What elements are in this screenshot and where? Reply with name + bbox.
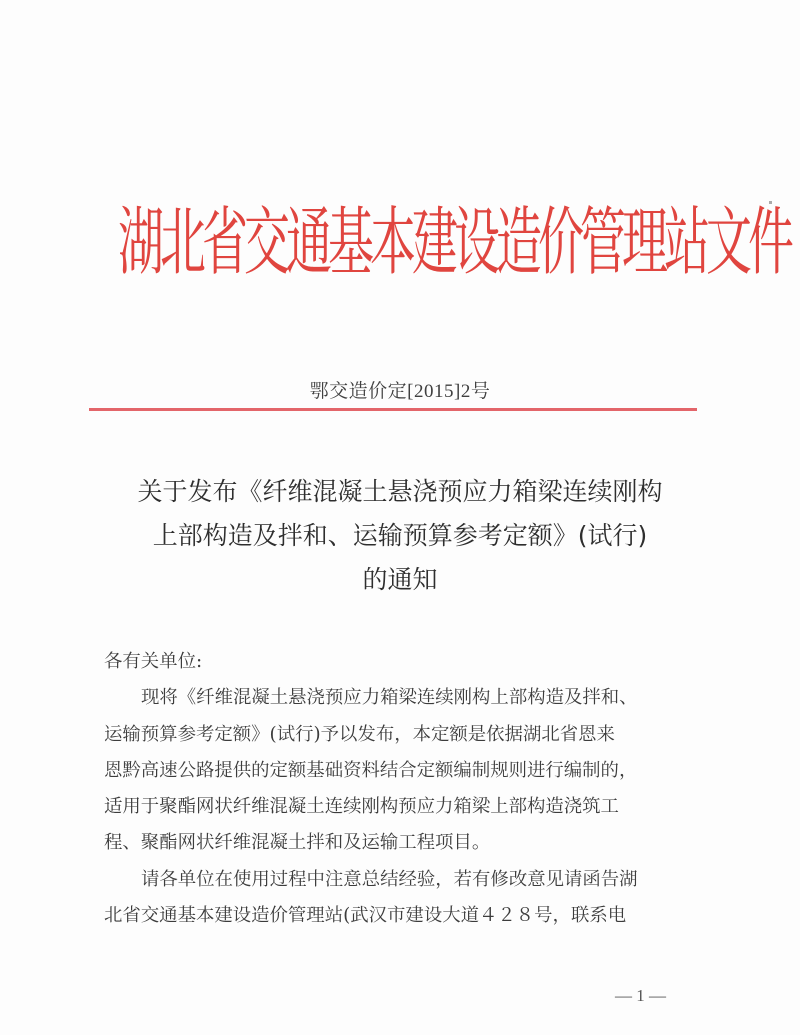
body-line-6: 请各单位在使用过程中注意总结经验，若有修改意见请函告湖 xyxy=(104,862,704,898)
document-page: 湖北省交通基本建设造价管理站文件 鄂交造价定[2015]2号 关于发布《纤维混凝… xyxy=(0,0,800,1035)
body-line-4: 适用于聚酯网状纤维混凝土连续刚构预应力箱梁上部构造浇筑工 xyxy=(104,789,704,825)
issuing-authority-header: 湖北省交通基本建设造价管理站文件 xyxy=(118,162,688,322)
salutation: 各有关单位: xyxy=(104,644,704,680)
body-line-2: 运输预算参考定额》(试行)予以发布，本定额是依据湖北省恩来 xyxy=(104,717,704,753)
red-divider-line xyxy=(89,408,697,411)
body-line-1: 现将《纤维混凝土悬浇预应力箱梁连续刚构上部构造及拌和、 xyxy=(104,680,704,716)
notice-title-line-2: 上部构造及拌和、运输预算参考定额》(试行) xyxy=(0,514,800,558)
notice-title: 关于发布《纤维混凝土悬浇预应力箱梁连续刚构 上部构造及拌和、运输预算参考定额》(… xyxy=(0,470,800,602)
page-number: — 1 — xyxy=(615,986,666,1006)
notice-title-line-3: 的通知 xyxy=(0,558,800,602)
body-line-3: 恩黔高速公路提供的定额基础资料结合定额编制规则进行编制的， xyxy=(104,753,704,789)
notice-title-line-1: 关于发布《纤维混凝土悬浇预应力箱梁连续刚构 xyxy=(0,470,800,514)
body-line-5: 程、聚酯网状纤维混凝土拌和及运输工程项目。 xyxy=(104,825,704,861)
notice-body: 各有关单位: 现将《纤维混凝土悬浇预应力箱梁连续刚构上部构造及拌和、 运输预算参… xyxy=(104,644,704,934)
document-number: 鄂交造价定[2015]2号 xyxy=(0,376,800,403)
body-line-7: 北省交通基本建设造价管理站(武汉市建设大道４２８号，联系电 xyxy=(104,898,704,934)
